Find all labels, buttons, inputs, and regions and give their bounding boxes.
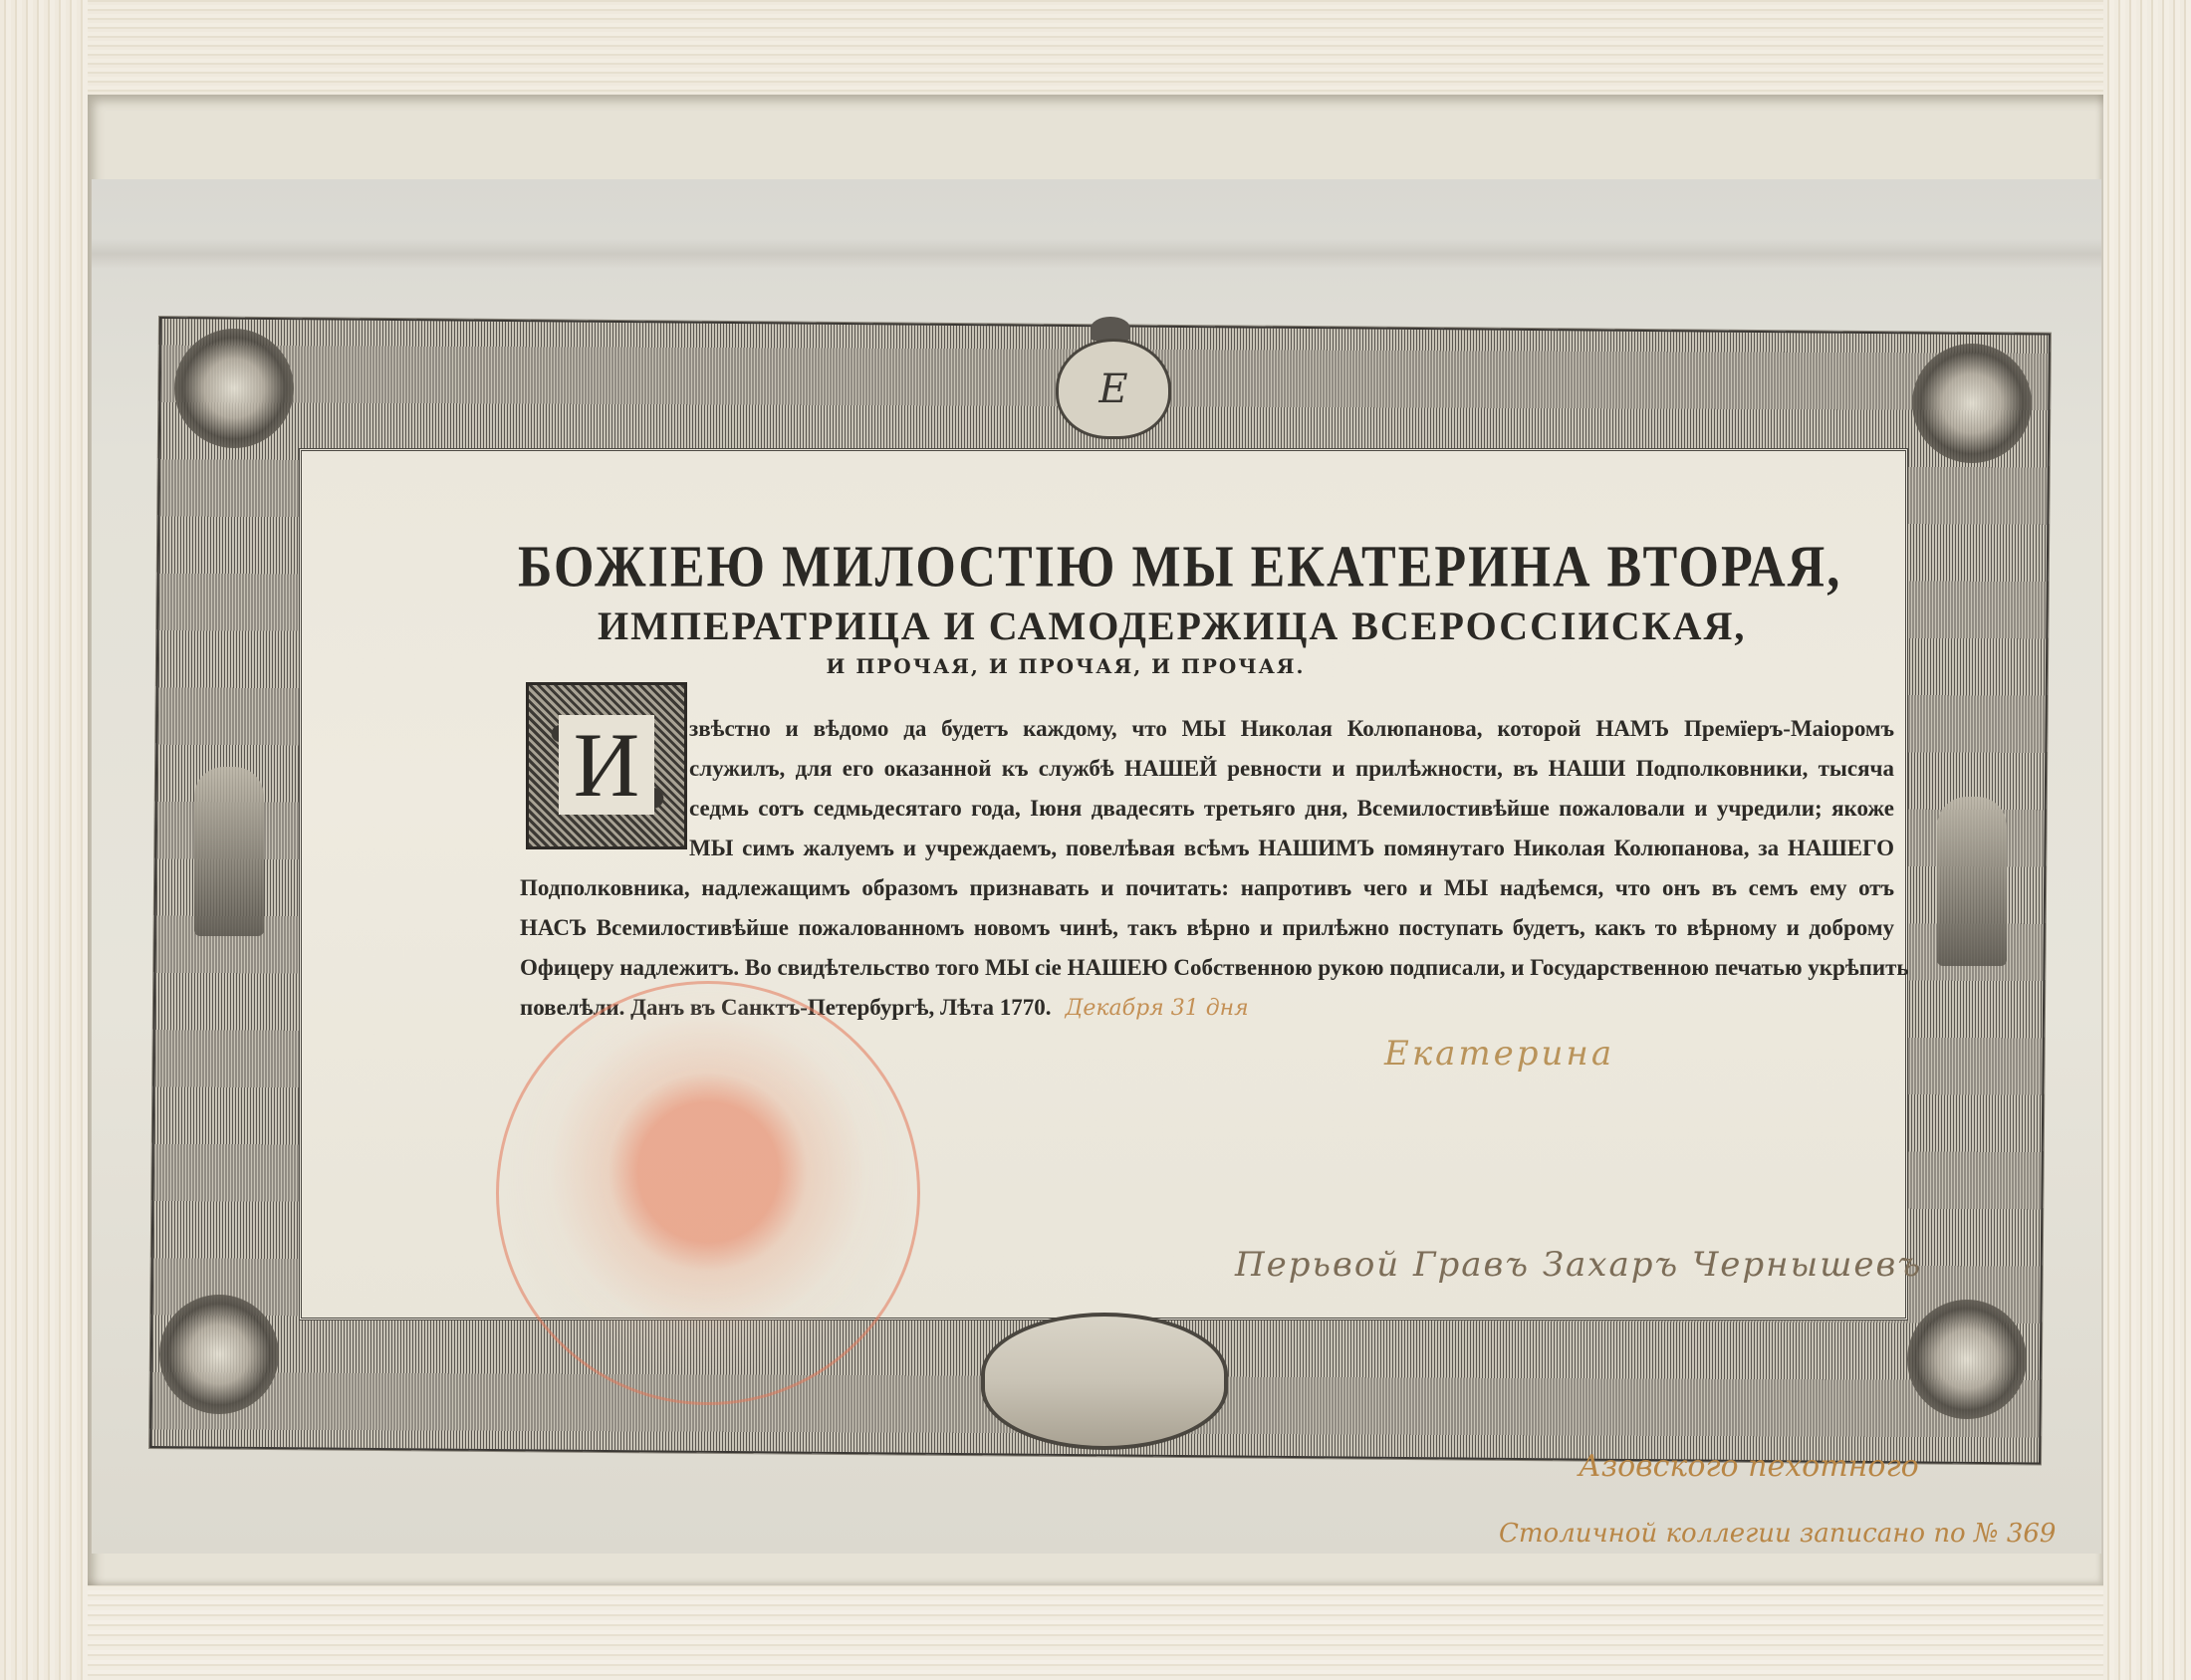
heading-line-1: БОЖІЕЮ МИЛОСТІЮ МЫ ЕКАТЕРИНА ВТОРАЯ, [518, 534, 1783, 601]
corner-medallion-bottom-left-icon [159, 1295, 279, 1414]
corner-medallion-top-right-icon [1912, 344, 2032, 463]
warrior-figure-left-icon [194, 767, 264, 936]
annotation-line-2: Столичной коллегии записано по № 369 [1499, 1519, 2056, 1549]
picture-frame: Е БОЖІЕЮ МИЛОСТІЮ МЫ ЕКАТЕРИНА ВТОРАЯ, И… [0, 0, 2191, 1680]
heading-line-3: И ПРОЧАЯ, И ПРОЧАЯ, И ПРОЧАЯ. [757, 654, 1374, 678]
state-seal-icon [496, 981, 920, 1405]
body-line-1: звѣстно и вѣдомо да будетъ каждому, что … [689, 709, 1894, 749]
body-line-5: Подполковника, надлежащимъ образомъ приз… [520, 868, 1894, 908]
countersignature: Перьвой Гравъ Захаръ Чернышевъ [1235, 1245, 1922, 1285]
frame-right-rail [2103, 0, 2191, 1680]
frame-bottom-rail [0, 1585, 2191, 1680]
frame-left-rail [0, 0, 88, 1680]
corner-medallion-bottom-right-icon [1907, 1300, 2027, 1419]
frame-top-rail [0, 0, 2191, 95]
decorated-initial: И [526, 682, 687, 849]
warrior-figure-right-icon [1937, 797, 2007, 966]
army-camp-vignette-icon [981, 1313, 1228, 1450]
imperial-monogram-icon: Е [1056, 339, 1171, 439]
imperial-signature: Екатерина [1384, 1034, 1614, 1074]
body-line-3: седмь сотъ седмьдесятаго года, Іюня двад… [689, 789, 1894, 829]
heading-line-2: ИМПЕРАТРИЦА И САМОДЕРЖИЦА ВСЕРОССІИСКАЯ, [598, 602, 1693, 649]
paper-fold [92, 239, 2101, 269]
crown-icon [1091, 317, 1130, 341]
body-line-2: служилъ, для его оказанной къ службѣ НАШ… [689, 749, 1894, 789]
annotation-line-1: Азовского пехотного [1579, 1449, 1919, 1484]
body-line-6: НАСЪ Всемилостивѣйше пожалованномъ новом… [520, 908, 1894, 948]
corner-medallion-top-left-icon [174, 329, 294, 448]
body-text: звѣстно и вѣдомо да будетъ каждому, что … [689, 709, 1894, 1028]
body-line-4: МЫ симъ жалуемъ и учреждаемъ, повелѣвая … [689, 829, 1894, 868]
initial-letter: И [559, 715, 654, 815]
handwritten-date: Декабря 31 дня [1065, 996, 1248, 1021]
